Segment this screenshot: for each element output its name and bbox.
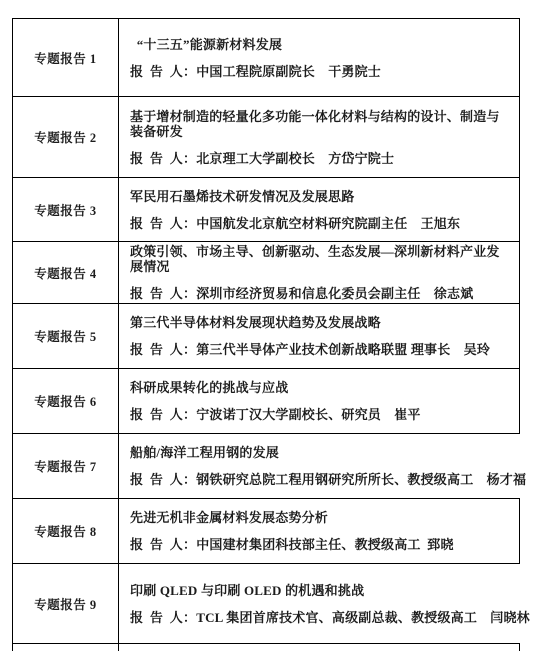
speaker-name: 宁波诺丁汉大学副校长、研究员 崔平 [196, 407, 420, 422]
speaker-label: 报 告 人： [130, 537, 196, 552]
table-row: 专题报告 3 军民用石墨烯技术研发情况及发展思路 报 告 人：中国航发北京航空材… [12, 178, 520, 242]
report-number-cell: 专题报告 6 [12, 369, 119, 433]
table-row: 专题报告 5 第三代半导体材料发展现状趋势及发展战略 报 告 人：第三代半导体产… [12, 304, 520, 369]
special-reports-table: 专题报告 1 “十三五”能源新材料发展 报 告 人：中国工程院原副院长 干勇院士… [12, 18, 520, 651]
report-number-cell: 专题报告 5 [12, 304, 119, 368]
table-row: 专题报告 1 “十三五”能源新材料发展 报 告 人：中国工程院原副院长 干勇院士 [12, 19, 520, 97]
table-row: 专题报告 4 政策引领、市场主导、创新驱动、生态发展—深圳新材料产业发展情况 报… [12, 242, 520, 304]
report-detail-cell: 基于增材制造的轻量化多功能一体化材料与结构的设计、制造与装备研发 报 告 人：北… [119, 97, 520, 177]
report-number-cell: 专题报告 7 [12, 434, 119, 498]
speaker-name: 深圳市经济贸易和信息化委员会副主任 徐志斌 [196, 286, 473, 301]
speaker-name: 中国建材集团科技部主任、教授级高工 郅晓 [196, 537, 454, 552]
report-detail-cell: “十三五”能源新材料发展 报 告 人：中国工程院原副院长 干勇院士 [119, 19, 520, 96]
report-title: 军民用石墨烯技术研发情况及发展思路 [130, 189, 511, 204]
report-detail-cell: 科研成果转化的挑战与应战 报 告 人：宁波诺丁汉大学副校长、研究员 崔平 [119, 369, 520, 433]
speaker-label: 报 告 人： [130, 407, 196, 422]
report-detail-cell: 军民用石墨烯技术研发情况及发展思路 报 告 人：中国航发北京航空材料研究院副主任… [119, 178, 520, 241]
speaker-line: 报 告 人：中国工程院原副院长 干勇院士 [130, 64, 511, 79]
speaker-name: 中国工程院原副院长 干勇院士 [196, 64, 381, 79]
table-row: 专题报告 7 船舶/海洋工程用钢的发展 报 告 人：钢铁研究总院工程用钢研究所所… [12, 434, 520, 499]
report-detail-cell: 第三代半导体材料发展现状趋势及发展战略 报 告 人：第三代半导体产业技术创新战略… [119, 304, 520, 368]
table-row: 专题报告 9 印刷 QLED 与印刷 OLED 的机遇和挑战 报 告 人：TCL… [12, 564, 520, 644]
speaker-label: 报 告 人： [130, 64, 196, 79]
cut-off-detail-cell [119, 644, 520, 651]
speaker-line: 报 告 人：钢铁研究总院工程用钢研究所所长、教授级高工 杨才福 [130, 472, 526, 487]
speaker-line: 报 告 人：深圳市经济贸易和信息化委员会副主任 徐志斌 [130, 286, 511, 301]
report-number-cell: 专题报告 4 [12, 242, 119, 303]
report-title: “十三五”能源新材料发展 [130, 37, 511, 52]
report-detail-cell: 政策引领、市场主导、创新驱动、生态发展—深圳新材料产业发展情况 报 告 人：深圳… [119, 242, 520, 303]
speaker-name: 钢铁研究总院工程用钢研究所所长、教授级高工 杨才福 [196, 472, 526, 487]
table-row: 专题报告 2 基于增材制造的轻量化多功能一体化材料与结构的设计、制造与装备研发 … [12, 97, 520, 178]
report-number-cell: 专题报告 3 [12, 178, 119, 241]
report-detail-cell: 印刷 QLED 与印刷 OLED 的机遇和挑战 报 告 人：TCL 集团首席技术… [119, 564, 534, 643]
report-title: 政策引领、市场主导、创新驱动、生态发展—深圳新材料产业发展情况 [130, 244, 511, 274]
speaker-label: 报 告 人： [130, 472, 196, 487]
speaker-label: 报 告 人： [130, 286, 196, 301]
report-number-cell: 专题报告 9 [12, 564, 119, 643]
speaker-name: TCL 集团首席技术官、高级副总裁、教授级高工 闫晓林 [196, 610, 530, 625]
report-number-cell: 专题报告 2 [12, 97, 119, 177]
speaker-name: 第三代半导体产业技术创新战略联盟 理事长 吴玲 [196, 342, 490, 357]
speaker-line: 报 告 人：TCL 集团首席技术官、高级副总裁、教授级高工 闫晓林 [130, 610, 530, 625]
speaker-line: 报 告 人：宁波诺丁汉大学副校长、研究员 崔平 [130, 407, 511, 422]
report-number-cell: 专题报告 1 [12, 19, 119, 96]
speaker-line: 报 告 人：第三代半导体产业技术创新战略联盟 理事长 吴玲 [130, 342, 511, 357]
table-row: 专题报告 8 先进无机非金属材料发展态势分析 报 告 人：中国建材集团科技部主任… [12, 499, 520, 564]
report-title: 印刷 QLED 与印刷 OLED 的机遇和挑战 [130, 583, 530, 598]
report-title: 科研成果转化的挑战与应战 [130, 380, 511, 395]
cut-off-label-cell [12, 644, 119, 651]
report-title: 先进无机非金属材料发展态势分析 [130, 510, 511, 525]
speaker-label: 报 告 人： [130, 610, 196, 625]
report-title: 船舶/海洋工程用钢的发展 [130, 445, 526, 460]
speaker-label: 报 告 人： [130, 216, 196, 231]
report-detail-cell: 先进无机非金属材料发展态势分析 报 告 人：中国建材集团科技部主任、教授级高工 … [119, 499, 520, 563]
speaker-label: 报 告 人： [130, 342, 196, 357]
speaker-label: 报 告 人： [130, 151, 196, 166]
speaker-line: 报 告 人：北京理工大学副校长 方岱宁院士 [130, 151, 511, 166]
report-number-cell: 专题报告 8 [12, 499, 119, 563]
report-title: 基于增材制造的轻量化多功能一体化材料与结构的设计、制造与装备研发 [130, 109, 511, 139]
speaker-line: 报 告 人：中国航发北京航空材料研究院副主任 王旭东 [130, 216, 511, 231]
speaker-name: 北京理工大学副校长 方岱宁院士 [196, 151, 394, 166]
report-detail-cell: 船舶/海洋工程用钢的发展 报 告 人：钢铁研究总院工程用钢研究所所长、教授级高工… [119, 434, 534, 498]
speaker-name: 中国航发北京航空材料研究院副主任 王旭东 [196, 216, 460, 231]
table-row: 专题报告 6 科研成果转化的挑战与应战 报 告 人：宁波诺丁汉大学副校长、研究员… [12, 369, 520, 434]
cut-off-next-row [12, 644, 520, 651]
report-title: 第三代半导体材料发展现状趋势及发展战略 [130, 315, 511, 330]
speaker-line: 报 告 人：中国建材集团科技部主任、教授级高工 郅晓 [130, 537, 511, 552]
document-page: { "page": { "background": "#ffffff", "bo… [0, 0, 534, 662]
